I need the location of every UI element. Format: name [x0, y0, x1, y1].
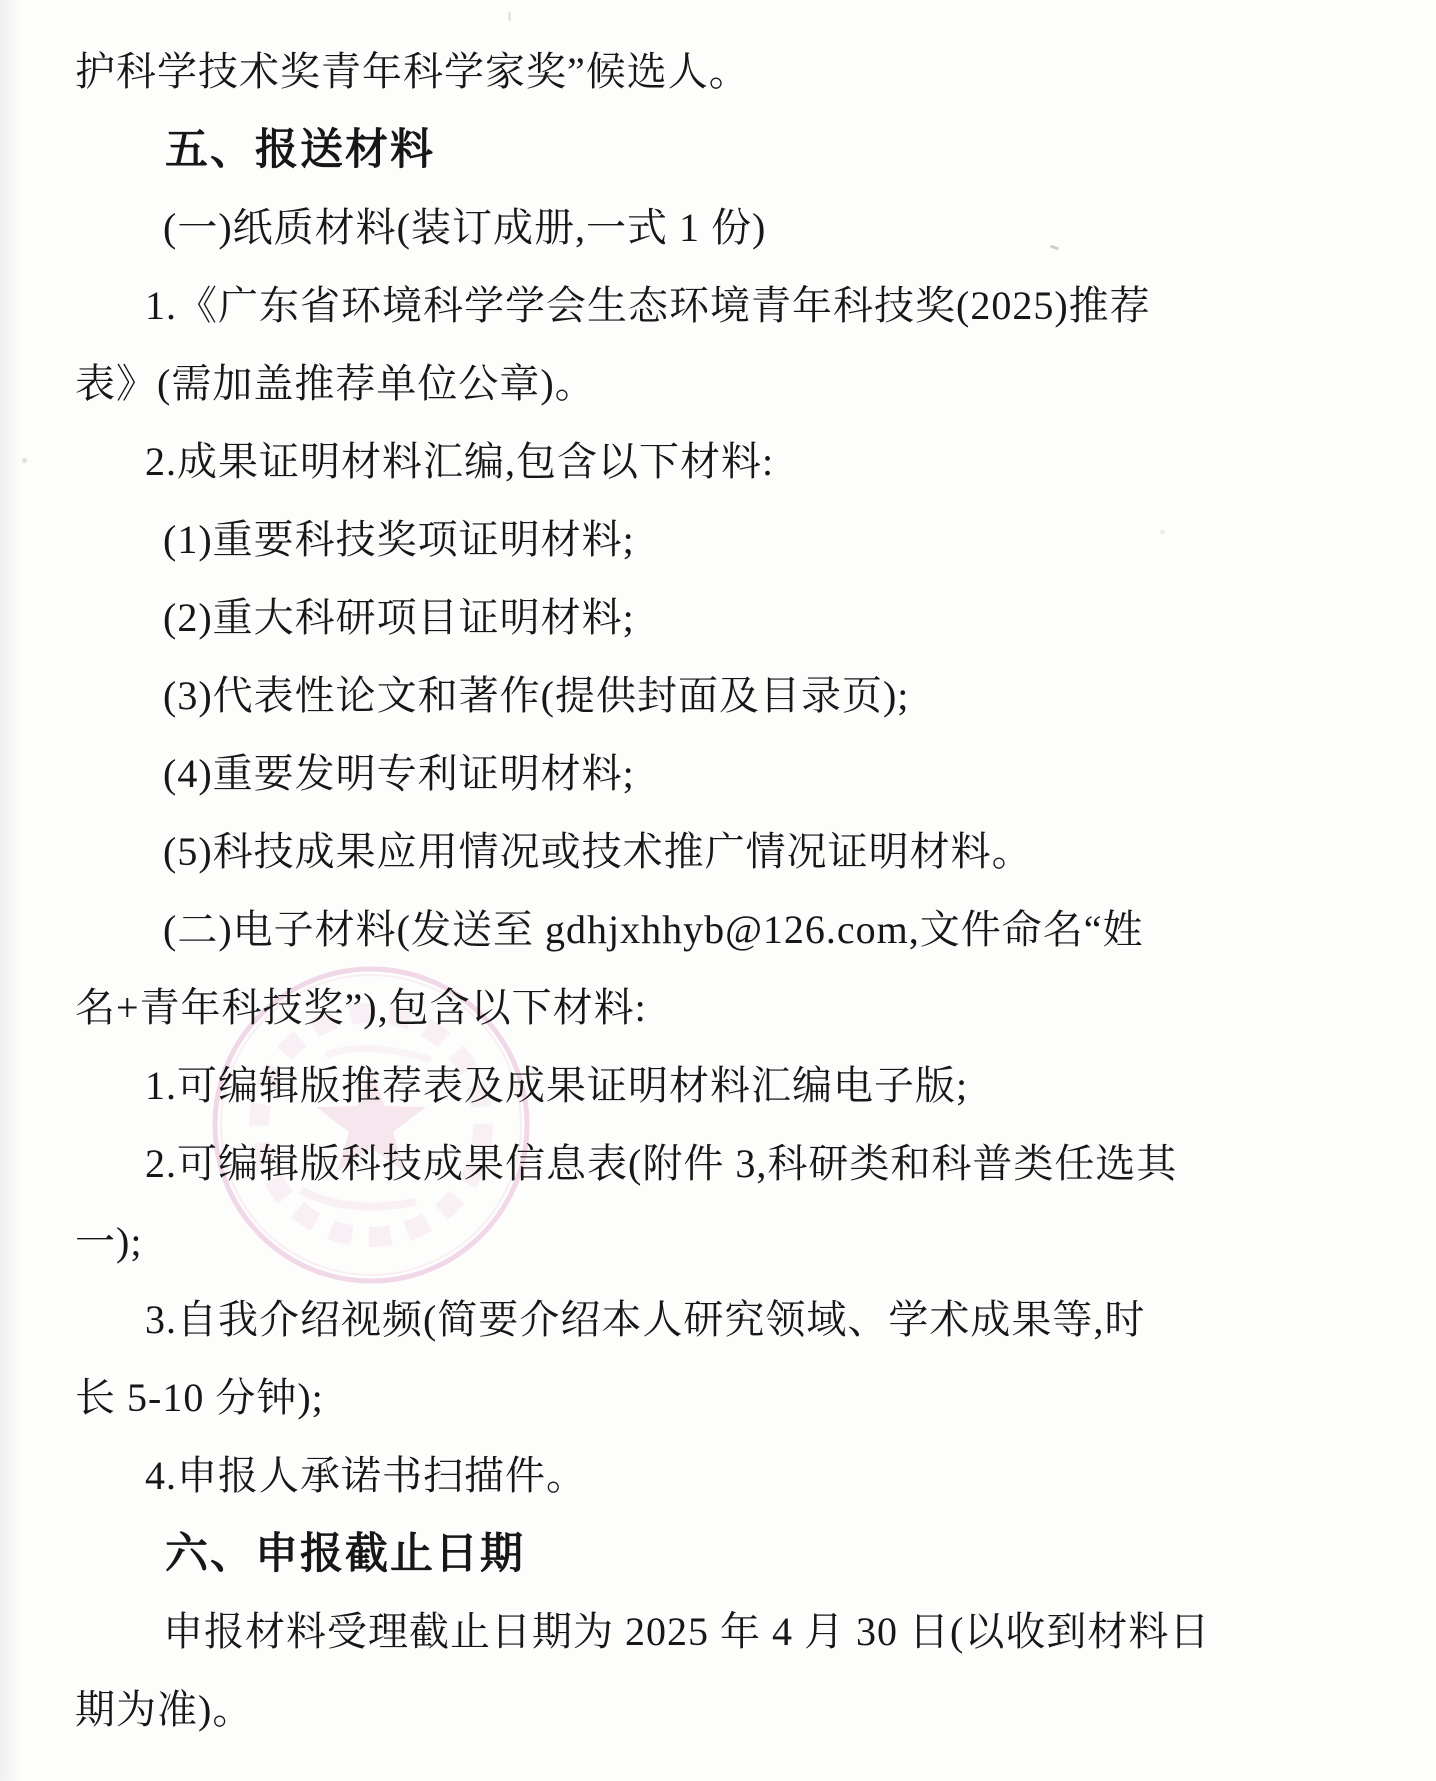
paragraph-line-continuation: 期为准)。 [75, 1671, 1185, 1749]
subitem-3-papers-works: (3)代表性论文和著作(提供封面及目录页); [75, 657, 1185, 735]
subitem-4-patents-proof: (4)重要发明专利证明材料; [75, 735, 1185, 813]
section-heading-6: 六、申报截止日期 [75, 1515, 1185, 1593]
subsection-paper-materials: (一)纸质材料(装订成册,一式 1 份) [75, 189, 1185, 267]
scanned-document-page: 护科学技术奖青年科学家奖”候选人。 五、报送材料 (一)纸质材料(装订成册,一式… [0, 0, 1436, 1781]
item-1-recommendation-form: 1.《广东省环境科学学会生态环境青年科技奖(2025)推荐 [75, 267, 1185, 345]
subitem-2-projects-proof: (2)重大科研项目证明材料; [75, 579, 1185, 657]
subitem-5-application-proof: (5)科技成果应用情况或技术推广情况证明材料。 [75, 813, 1185, 891]
subitem-1-awards-proof: (1)重要科技奖项证明材料; [75, 501, 1185, 579]
item-2-info-table: 2.可编辑版科技成果信息表(附件 3,科研类和科普类任选其 [75, 1125, 1185, 1203]
paragraph-line-continuation: 护科学技术奖青年科学家奖”候选人。 [75, 33, 1185, 111]
document-body: 护科学技术奖青年科学家奖”候选人。 五、报送材料 (一)纸质材料(装订成册,一式… [75, 33, 1185, 1749]
item-1-editable-form: 1.可编辑版推荐表及成果证明材料汇编电子版; [75, 1047, 1185, 1125]
paragraph-line-continuation: 一); [75, 1203, 1185, 1281]
paragraph-line-continuation: 长 5-10 分钟); [75, 1359, 1185, 1437]
item-2-proof-compilation: 2.成果证明材料汇编,包含以下材料: [75, 423, 1185, 501]
paragraph-line-continuation: 名+青年科技奖”),包含以下材料: [75, 969, 1185, 1047]
paragraph-line-continuation: 表》(需加盖推荐单位公章)。 [75, 345, 1185, 423]
section-heading-5: 五、报送材料 [75, 111, 1185, 189]
scan-noise-speck [22, 458, 27, 463]
scan-noise-speck [508, 12, 511, 21]
item-3-intro-video: 3.自我介绍视频(简要介绍本人研究领域、学术成果等,时 [75, 1281, 1185, 1359]
item-4-commitment-scan: 4.申报人承诺书扫描件。 [75, 1437, 1185, 1515]
subsection-electronic-materials: (二)电子材料(发送至 gdhjxhhyb@126.com,文件命名“姓 [75, 891, 1185, 969]
deadline-paragraph: 申报材料受理截止日期为 2025 年 4 月 30 日(以收到材料日 [75, 1593, 1185, 1671]
